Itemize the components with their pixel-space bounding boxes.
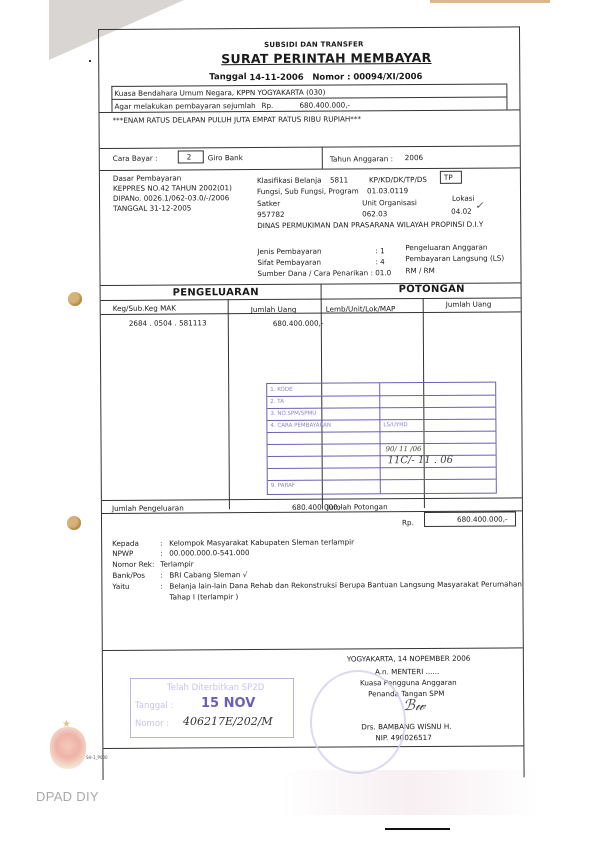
official-round-stamp bbox=[310, 670, 406, 774]
number-label: Nomor : bbox=[312, 72, 350, 82]
potongan-title: POTONGAN bbox=[399, 284, 465, 295]
net-currency: Rp. bbox=[402, 518, 414, 527]
speck bbox=[89, 60, 91, 62]
stamp-value-4: LS/UYHD bbox=[383, 422, 407, 428]
spm-form: SUBSIDI DAN TRANSFER SURAT PERINTAH MEMB… bbox=[98, 26, 525, 780]
pengeluaran-title: PENGELUARAN bbox=[173, 287, 259, 299]
form-category: SUBSIDI DAN TRANSFER bbox=[264, 40, 364, 49]
yaitu-value-2: Tahap I (terlampir ) bbox=[169, 592, 238, 601]
total-pengeluaran-label: Jumlah Pengeluaran bbox=[112, 503, 184, 512]
dinas-name: DINAS PERMUKIMAN DAN PRASARANA WILAYAH P… bbox=[257, 220, 483, 230]
sp2d-date-label: Tanggal : bbox=[135, 701, 173, 711]
punch-hole-bottom bbox=[67, 516, 81, 530]
sp2d-number-label: Nomor : bbox=[135, 719, 169, 729]
sp2d-number-value: 406217E/202/M bbox=[183, 715, 273, 728]
satker-label: Satker bbox=[257, 199, 280, 208]
stamp-value-6: 90/ 11 /06 bbox=[386, 445, 422, 453]
kepada-value: Kelompok Masyarakat Kabupaten Sleman ter… bbox=[169, 537, 354, 547]
bank-sep: : bbox=[160, 571, 162, 580]
sp2d-date-value: 15 NOV bbox=[201, 696, 255, 711]
dasar-line-2: DIPANo. 0026.1/062-03.0/-/2006 bbox=[113, 193, 229, 203]
check-mark-icon: ✓ bbox=[475, 201, 483, 212]
jenis-label-2: Sifat Pembayaran bbox=[257, 258, 321, 267]
kp-value: TP bbox=[444, 173, 453, 182]
npwp-label: NPWP bbox=[112, 549, 133, 558]
verification-stamp: 1. KODE 2. TA 3. NO.SPM/SPMU 4. CARA PEM… bbox=[266, 382, 497, 495]
jenis-text-1: Pengeluaran Anggaran bbox=[405, 243, 487, 253]
scan-mark bbox=[385, 828, 450, 830]
stamp-row-1: 1. KODE bbox=[270, 387, 292, 393]
total-potongan-label: Jumlah Potongan bbox=[327, 502, 388, 511]
date-label: Tanggal bbox=[209, 72, 246, 82]
npwp-sep: : bbox=[160, 549, 162, 558]
amount-in-words: ***ENAM RATUS DELAPAN PULUH JUTA EMPAT R… bbox=[113, 114, 362, 125]
cara-bayar-code: 2 bbox=[187, 152, 192, 161]
kuasa-bendahara: Kuasa Bendahara Umum Negara, KPPN YOGYAK… bbox=[114, 88, 325, 98]
bank-value: BRI Cabang Sleman √ bbox=[169, 570, 247, 579]
dasar-label: Dasar Pembayaran bbox=[113, 173, 181, 182]
jenis-text-2: Pembayaran Langsung (LS) bbox=[405, 254, 504, 264]
watermark: DPAD DIY bbox=[36, 789, 99, 804]
yaitu-value: Belanja lain-lain Dana Rehab dan Rekonst… bbox=[169, 579, 522, 590]
dasar-line-1: KEPPRES NO.42 TAHUN 2002(01) bbox=[113, 183, 232, 193]
nomor-rek-label: Nomor Rek: bbox=[112, 560, 154, 569]
kepada-label: Kepada bbox=[112, 539, 139, 548]
net-value: 680.400.000,- bbox=[457, 515, 508, 524]
klasifikasi-value: 5811 bbox=[330, 175, 348, 184]
unit-value: 062.03 bbox=[362, 209, 387, 218]
form-code: SH-1_P000 bbox=[86, 755, 108, 760]
jenis-code-1: : 1 bbox=[375, 246, 384, 255]
klasifikasi-label: Klasifikasi Belanja bbox=[257, 176, 322, 185]
stamp-row-9: 9. PARAF bbox=[271, 483, 295, 489]
npwp-value: 00.000.000.0-541.000 bbox=[169, 548, 249, 557]
amount-label: Agar melakukan pembayaran sejumlah bbox=[114, 101, 255, 111]
sign-line-1: A.n. MENTERI ...... bbox=[375, 667, 439, 676]
cara-bayar-label: Cara Bayar : bbox=[113, 154, 158, 163]
jenis-label-3: Sumber Dana / Cara Penarikan bbox=[257, 268, 368, 278]
dpad-logo bbox=[50, 727, 86, 769]
yaitu-sep: : bbox=[160, 582, 162, 591]
nomor-rek-value: Terlampir bbox=[160, 559, 194, 568]
jenis-code-3: : 01.0 bbox=[370, 268, 391, 277]
number-value: 00094/XI/2006 bbox=[353, 72, 422, 82]
cara-bayar-text: Giro Bank bbox=[208, 153, 243, 162]
jenis-text-3: RM / RM bbox=[405, 266, 434, 275]
kepada-sep: : bbox=[160, 539, 162, 548]
sign-place-date: YOGYAKARTA, 14 NOPEMBER 2006 bbox=[347, 654, 471, 664]
kp-label: KP/KD/DK/TP/DS bbox=[369, 175, 427, 184]
sp2d-stamp: Telah Diterbitkan SP2D Tanggal : 15 NOV … bbox=[130, 678, 294, 738]
amount-value: 680.400.000,- bbox=[299, 100, 350, 109]
punch-hole-top bbox=[68, 292, 82, 306]
paper-edge bbox=[430, 0, 550, 3]
row-jumlah: 680.400.000,- bbox=[273, 319, 324, 328]
unit-label: Unit Organisasi bbox=[362, 198, 417, 207]
tahun-anggaran-value: 2006 bbox=[405, 153, 423, 162]
stamp-value-7: 11C/- 11 . 06 bbox=[388, 455, 453, 466]
lokasi-label: Lokasi bbox=[452, 194, 475, 203]
date-value: 14-11-2006 bbox=[249, 73, 303, 83]
bank-label: Bank/Pos bbox=[112, 571, 145, 580]
tahun-anggaran-label: Tahun Anggaran : bbox=[330, 154, 393, 163]
signature-scribble: ℬ𝓌 bbox=[403, 696, 425, 714]
amount-currency: Rp. bbox=[261, 101, 273, 110]
fungsi-label: Fungsi, Sub Fungsi, Program bbox=[257, 186, 359, 196]
stamp-row-2: 2. TA bbox=[270, 399, 284, 405]
jenis-code-2: : 4 bbox=[375, 257, 384, 266]
fungsi-value: 01.03.0119 bbox=[367, 186, 408, 195]
satker-value: 957782 bbox=[257, 210, 284, 219]
dasar-line-3: TANGGAL 31-12-2005 bbox=[113, 203, 191, 212]
form-title: SURAT PERINTAH MEMBAYAR bbox=[221, 50, 431, 66]
col-header-mak: Keg/Sub.Keg MAK bbox=[113, 304, 176, 313]
row-mak: 2684 . 0504 . 581113 bbox=[129, 318, 207, 327]
jenis-label-1: Jenis Pembayaran bbox=[257, 247, 321, 256]
lokasi-value: 04.02 bbox=[451, 207, 472, 216]
stamp-row-4: 4. CARA PEMBAYARAN bbox=[270, 423, 331, 429]
yaitu-label: Yaitu bbox=[112, 582, 129, 591]
sp2d-title: Telah Diterbitkan SP2D bbox=[167, 683, 264, 693]
stamp-row-3: 3. NO.SPM/SPMU bbox=[270, 411, 316, 417]
col-header-jumlah-potongan: Jumlah Uang bbox=[446, 300, 492, 309]
